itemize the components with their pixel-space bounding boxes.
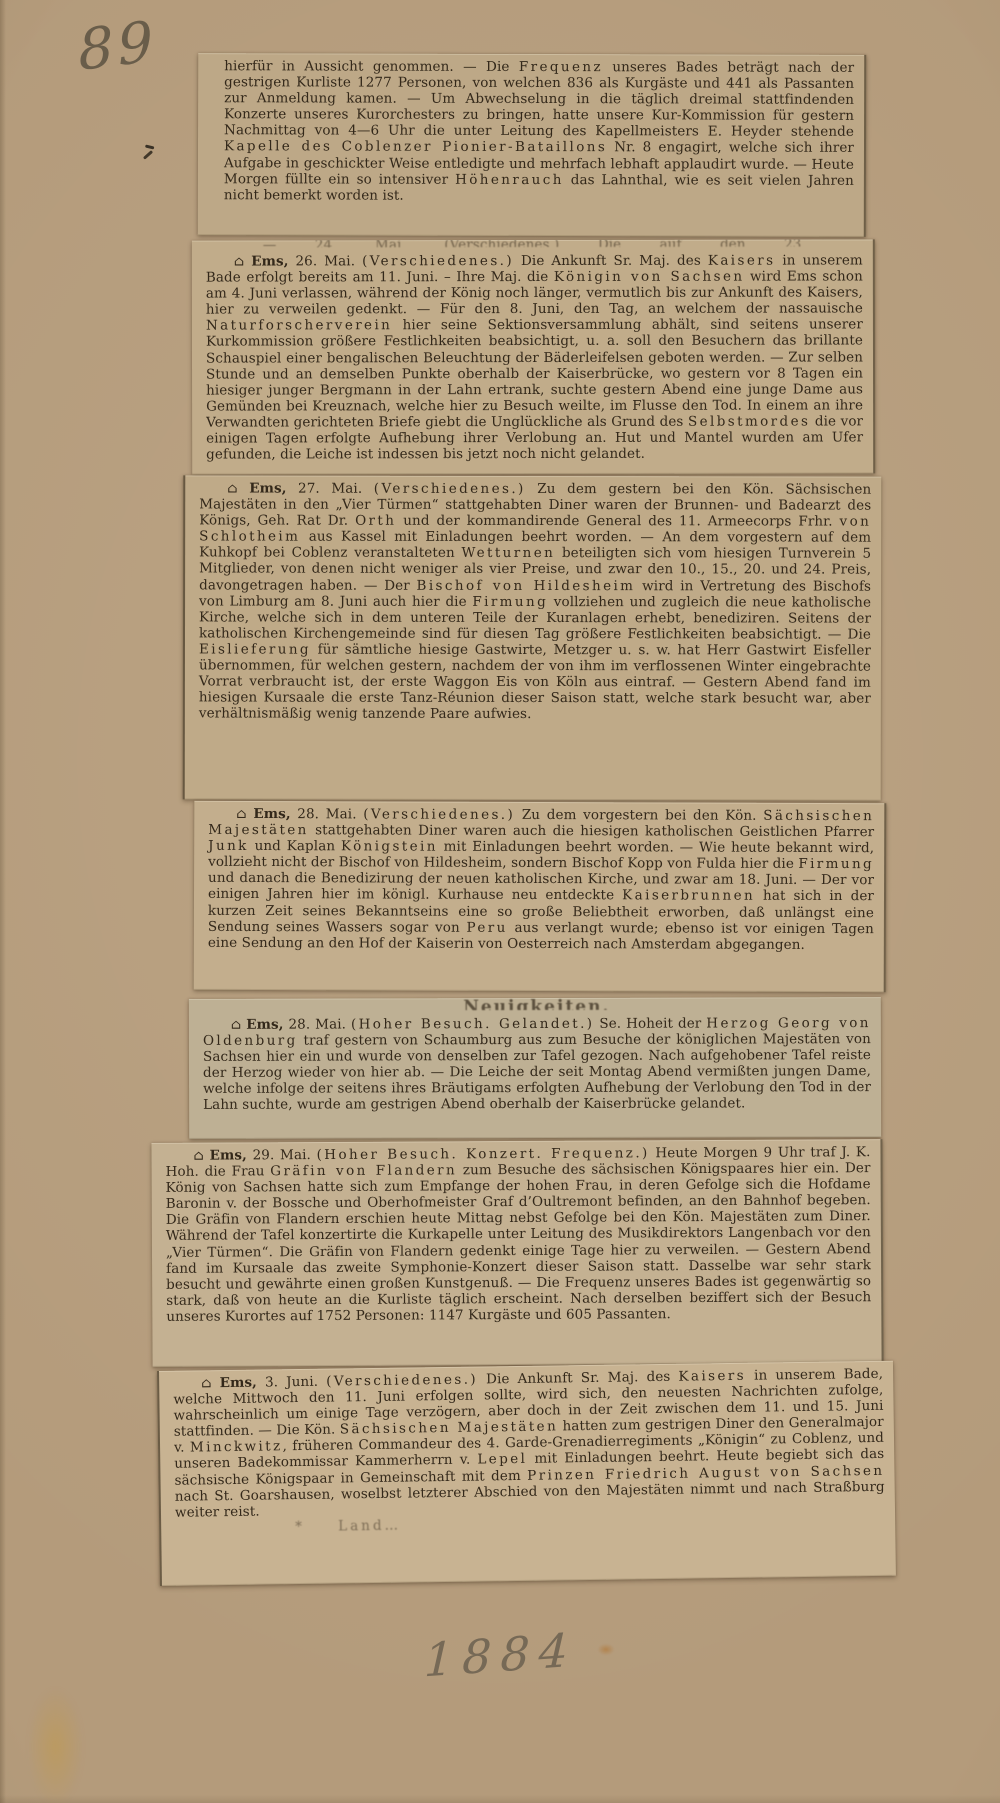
clipping-text: ⌂ Ems, 28. Mai. (Hoher Besuch. Gelandet.… <box>203 1015 871 1113</box>
paper-stain <box>28 1688 83 1803</box>
cut-off-text-fragment: — 24. Mai. (Verschiedenes.) Die auf den … <box>206 239 863 247</box>
handwritten-page-number: 89 <box>77 9 159 84</box>
scrapbook-page: 89 hierfür in Aussicht genommen. — Die F… <box>0 0 1000 1803</box>
clipping-text: ⌂ Ems, 3. Juni. (Verschiedenes.) Die Ank… <box>173 1366 885 1521</box>
news-clipping-5: Neuigkeiten. ⌂ Ems, 28. Mai. (Hoher Besu… <box>189 997 881 1139</box>
ink-mark <box>139 142 160 164</box>
cut-off-section-heading: Neuigkeiten. <box>203 997 871 1011</box>
clipping-text: ⌂ Ems, 27. Mai. (Verschiedenes.) Zu dem … <box>199 480 871 723</box>
clipping-text: ⌂ Ems, 26. Mai. (Verschiedenes.) Die Ank… <box>206 252 863 462</box>
news-clipping-1: hierfür in Aussicht genommen. — Die Freq… <box>198 53 866 237</box>
news-clipping-6: ⌂ Ems, 29. Mai. (Hoher Besuch. Konzert. … <box>151 1139 883 1367</box>
handwritten-year: 1884 <box>423 1623 578 1688</box>
news-clipping-3: ⌂ Ems, 27. Mai. (Verschiedenes.) Zu dem … <box>183 475 882 800</box>
rust-spot <box>598 1644 614 1655</box>
clipping-text: ⌂ Ems, 28. Mai. (Verschiedenes.) Zu dem … <box>208 806 875 953</box>
news-clipping-7: ⌂ Ems, 3. Juni. (Verschiedenes.) Die Ank… <box>157 1361 896 1586</box>
news-clipping-4: ⌂ Ems, 28. Mai. (Verschiedenes.) Zu dem … <box>194 801 887 992</box>
clipping-text: hierfür in Aussicht genommen. — Die Freq… <box>224 58 854 204</box>
clipping-text: ⌂ Ems, 29. Mai. (Hoher Besuch. Konzert. … <box>165 1144 871 1325</box>
news-clipping-2: — 24. Mai. (Verschiedenes.) Die auf den … <box>192 239 875 474</box>
